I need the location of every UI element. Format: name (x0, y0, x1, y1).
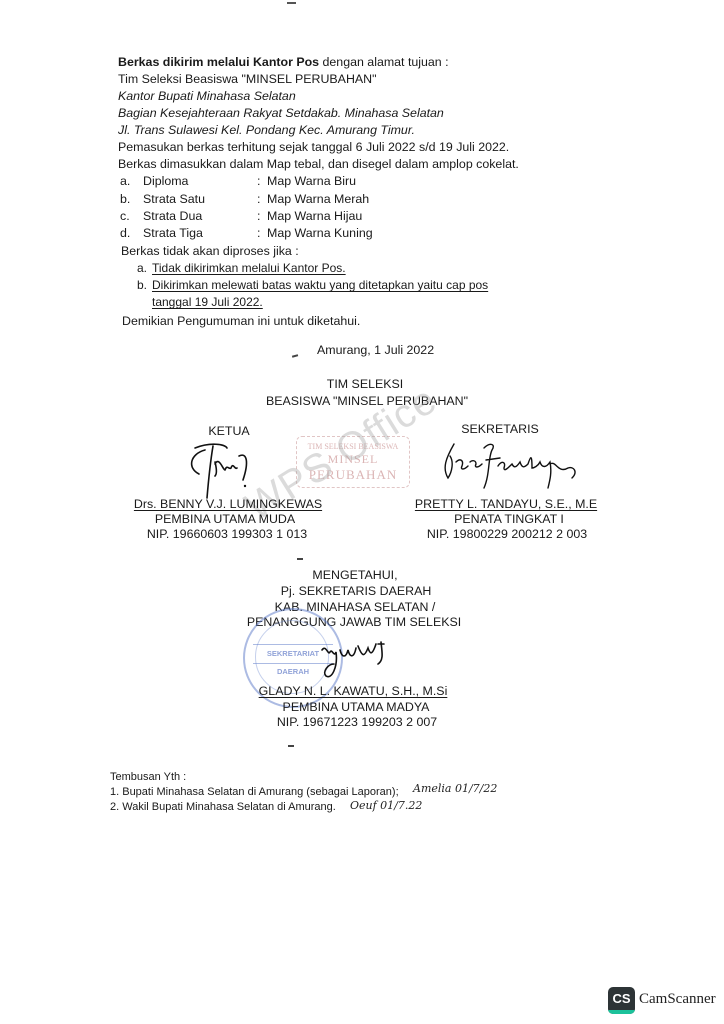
folder-level: Strata Tiga (143, 226, 203, 240)
ack-heading-1: MENGETAHUI, (312, 568, 397, 582)
ack-name: GLADY N. L. KAWATU, S.H., M.Si (259, 684, 448, 698)
page-top-mark (287, 2, 296, 4)
ink-mark (288, 745, 294, 747)
cc-handwritten-note: Oeuf 01/7.22 (350, 799, 422, 812)
rejection-marker: a. (137, 261, 147, 275)
intro-bold: Berkas dikirim melalui Kantor Pos (118, 55, 319, 69)
secretary-signature (440, 438, 590, 494)
folder-color: Map Warna Hijau (267, 209, 362, 223)
submission-period: Pemasukan berkas terhitung sejak tanggal… (118, 139, 509, 156)
intro-rest: dengan alamat tujuan : (319, 55, 449, 69)
camscanner-brand: CamScanner (639, 991, 716, 1008)
secretary-nip: NIP. 19800229 200212 2 003 (427, 527, 587, 541)
address-line-1: Tim Seleksi Beasiswa "MINSEL PERUBAHAN" (118, 71, 377, 88)
folder-sep: : (257, 226, 260, 240)
cc-item: 2. Wakil Bupati Minahasa Selatan di Amur… (110, 801, 336, 813)
cc-handwritten-note: Amelia 01/7/22 (413, 782, 497, 795)
folder-color: Map Warna Merah (267, 192, 369, 206)
committee-title-1: TIM SELEKSI (327, 377, 403, 391)
ink-mark (297, 558, 303, 560)
rejection-marker: b. (137, 278, 147, 292)
folder-color: Map Warna Kuning (267, 226, 373, 240)
ack-heading-2: Pj. SEKRETARIS DAERAH (281, 584, 432, 598)
folder-marker: c. (120, 209, 130, 223)
secretary-role: SEKRETARIS (461, 422, 539, 436)
address-line-3: Bagian Kesejahteraan Rakyat Setdakab. Mi… (118, 105, 444, 122)
closing-statement: Demikian Pengumuman ini untuk diketahui. (122, 313, 360, 330)
place-date: Amurang, 1 Juli 2022 (317, 343, 434, 357)
camscanner-logo-icon: CS (608, 987, 635, 1014)
folder-sep: : (257, 209, 260, 223)
address-line-4: Jl. Trans Sulawesi Kel. Pondang Kec. Amu… (118, 122, 415, 139)
cc-heading: Tembusan Yth : (110, 771, 186, 783)
intro-line: Berkas dikirim melalui Kantor Pos dengan… (118, 54, 449, 71)
rejection-item-cont: tanggal 19 Juli 2022. (152, 295, 263, 309)
secretary-rank: PENATA TINGKAT I (454, 512, 564, 526)
ack-rank: PEMBINA UTAMA MADYA (283, 700, 430, 714)
ink-mark (292, 354, 298, 357)
folder-sep: : (257, 192, 260, 206)
folder-color: Map Warna Biru (267, 174, 356, 188)
folder-marker: b. (120, 192, 130, 206)
folder-level: Strata Satu (143, 192, 205, 206)
rejection-item: Dikirimkan melewati batas waktu yang dit… (152, 278, 488, 292)
chair-role: KETUA (208, 424, 249, 438)
rejection-item: Tidak dikirimkan melalui Kantor Pos. (152, 261, 346, 275)
folder-sep: : (257, 174, 260, 188)
folder-level: Diploma (143, 174, 188, 188)
chair-nip: NIP. 19660603 199303 1 013 (147, 527, 307, 541)
folder-marker: d. (120, 226, 130, 240)
cc-item: 1. Bupati Minahasa Selatan di Amurang (s… (110, 786, 399, 798)
address-line-2: Kantor Bupati Minahasa Selatan (118, 88, 296, 105)
chair-rank: PEMBINA UTAMA MUDA (155, 512, 295, 526)
chair-name: Drs. BENNY V.J. LUMINGKEWAS (134, 497, 322, 511)
rejection-heading: Berkas tidak akan diproses jika : (121, 243, 299, 260)
folder-level: Strata Dua (143, 209, 202, 223)
folder-instruction: Berkas dimasukkan dalam Map tebal, dan d… (118, 156, 519, 173)
secretary-name: PRETTY L. TANDAYU, S.E., M.E (415, 497, 597, 511)
ack-nip: NIP. 19671223 199203 2 007 (277, 715, 437, 729)
folder-marker: a. (120, 174, 130, 188)
